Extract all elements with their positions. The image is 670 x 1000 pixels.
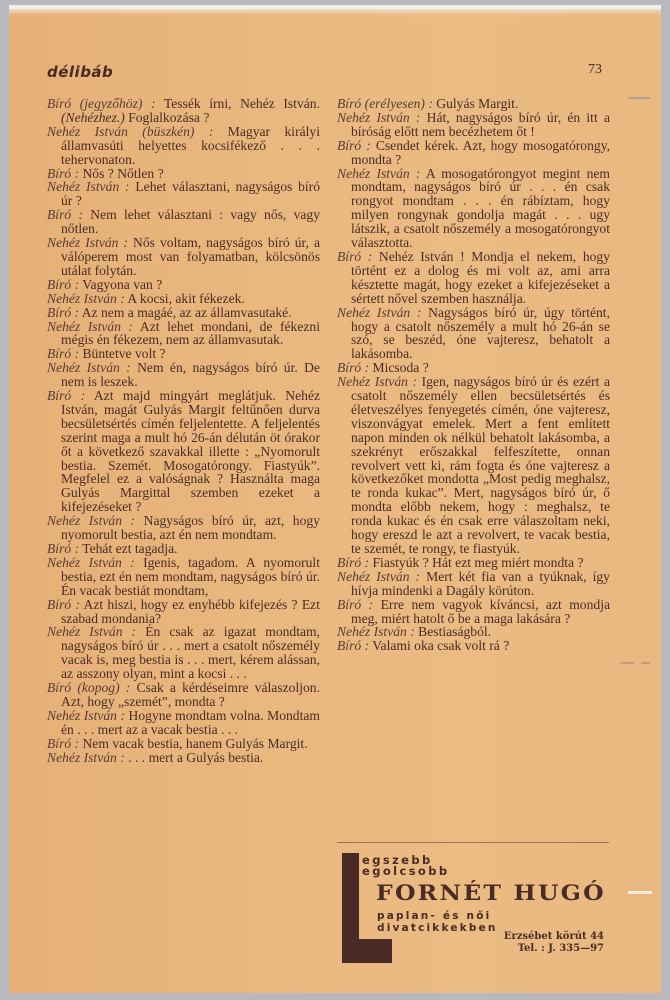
dialogue-turn: Bíró (erélyesen) : Gulyás Margit.: [337, 97, 610, 111]
advertisement: egszebb egolcsobb FORNÉT HUGÓ paplan- és…: [342, 853, 614, 963]
dialogue-turn: Nehéz István : A kocsi, akit fékezek.: [47, 292, 320, 306]
speaker-label: Bíró :: [47, 541, 79, 556]
dialogue-text: . . . mert a Gulyás bestia.: [125, 750, 264, 765]
dialogue-text: Vagyona van ?: [79, 277, 162, 292]
dialogue-turn: Bíró : Nehéz István ! Mondja el nekem, h…: [337, 250, 610, 306]
dialogue-text: A kocsi, akit fékezek.: [125, 291, 245, 306]
speaker-label: Nehéz István :: [47, 750, 125, 765]
dialogue-text: Valami oka csak volt rá ?: [369, 638, 509, 653]
speaker-label: Bíró :: [47, 388, 85, 403]
dialogue-turn: Bíró : Erre nem vagyok kíváncsi, azt mon…: [337, 598, 610, 626]
dialogue-text: Igen, nagyságos bíró úr és ezért a csato…: [351, 374, 610, 556]
speaker-label: Bíró :: [337, 597, 373, 612]
dialogue-turn: Nehéz István : Igenis, tagadom. A nyomor…: [47, 556, 320, 598]
dialogue-turn: Nehéz István : Nem én, nagyságos bíró úr…: [47, 361, 320, 389]
dialogue-text: Nem vacak bestia, hanem Gulyás Margit.: [79, 736, 308, 751]
dialogue-text: Azt majd mingyárt meglátjuk. Nehéz Istvá…: [61, 388, 320, 514]
speaker-label: Nehéz István :: [337, 624, 415, 639]
left-column: Bíró (jegyzőhöz) : Tessék írni, Nehéz Is…: [47, 97, 320, 765]
dialogue-turn: Nehéz István : Én csak az igazat mondtam…: [47, 625, 320, 681]
dialogue-text: Az nem a magáé, az az államvasutaké.: [79, 305, 291, 320]
page-number: 73: [588, 62, 602, 78]
dialogue-turn: Bíró : Az nem a magáé, az az államvasuta…: [47, 306, 320, 320]
speaker-label: Nehéz István :: [47, 555, 135, 570]
speaker-label: Bíró :: [47, 597, 80, 612]
speaker-label: Nehéz István :: [337, 166, 420, 181]
dialogue-text: Tessék írni, Nehéz István.: [156, 96, 320, 111]
dialogue-turn: Nehéz István : . . . mert a Gulyás besti…: [47, 751, 320, 765]
speaker-label: Bíró :: [47, 305, 79, 320]
speaker-label: Bíró :: [47, 277, 79, 292]
speaker-label: Bíró (kopog) :: [47, 680, 130, 695]
margin-mark: [641, 662, 650, 664]
speaker-label: Bíró (jegyzőhöz) :: [47, 96, 156, 111]
speaker-label: Nehéz István :: [47, 235, 128, 250]
speaker-label: Bíró :: [47, 346, 79, 361]
dialogue-turn: Bíró : Micsoda ?: [337, 361, 610, 375]
advertisement-divider: [337, 842, 609, 843]
speaker-label: Bíró :: [47, 207, 83, 222]
dialogue-turn: Bíró : Tehát ezt tagadja.: [47, 542, 320, 556]
dialogue-turn: Nehéz István : Nagyságos bíró úr, azt, h…: [47, 514, 320, 542]
ad-phone: Tel. : J. 335—97: [518, 943, 604, 954]
dialogue-turn: Nehéz István : Nagyságos bíró úr, úgy tö…: [337, 306, 610, 362]
margin-mark: [628, 97, 650, 99]
speaker-label: Nehéz István :: [337, 569, 420, 584]
dialogue-text: Fiastyúk ? Hát ezt meg miért mondta ?: [369, 555, 583, 570]
speaker-label: Nehéz István :: [47, 708, 125, 723]
speaker-label: Nehéz István :: [337, 374, 417, 389]
dialogue-turn: Nehéz István : Hogyne mondtam volna. Mon…: [47, 709, 320, 737]
dialogue-turn: Nehéz István : Mert két fia van a tyúkna…: [337, 570, 610, 598]
ad-company-name: FORNÉT HUGÓ: [376, 880, 606, 905]
ad-l-shape-horizontal: [342, 939, 392, 963]
dialogue-text: Bestiaságból.: [415, 624, 491, 639]
speaker-label: Bíró :: [337, 638, 369, 653]
dialogue-turn: Bíró : Azt majd mingyárt meglátjuk. Nehé…: [47, 389, 320, 514]
speaker-label: Nehéz István (büszkén) :: [47, 124, 213, 139]
speaker-label: Bíró (erélyesen) :: [337, 96, 433, 111]
dialogue-turn: Bíró : Fiastyúk ? Hát ezt meg miért mond…: [337, 556, 610, 570]
dialogue-turn: Bíró : Nem lehet választani : vagy nős, …: [47, 208, 320, 236]
dialogue-turn: Nehéz István : Nős voltam, nagyságos bír…: [47, 236, 320, 278]
margin-mark: [620, 662, 634, 664]
dialogue-turn: Bíró : Csendet kérek. Azt, hogy mosogató…: [337, 139, 610, 167]
speaker-label: Nehéz István :: [47, 360, 131, 375]
speaker-label: Bíró :: [47, 736, 79, 751]
speaker-label: Bíró :: [337, 555, 369, 570]
right-column: Bíró (erélyesen) : Gulyás Margit.Nehéz I…: [337, 97, 610, 653]
speaker-label: Nehéz István :: [47, 319, 133, 334]
dialogue-text: Csendet kérek. Azt, hogy mosogatórongy, …: [351, 138, 610, 167]
dialogue-turn: Bíró : Vagyona van ?: [47, 278, 320, 292]
publication-title: délibáb: [47, 63, 113, 81]
ad-address: Erzsébet körút 44: [504, 931, 604, 942]
speaker-label: Bíró :: [337, 138, 371, 153]
dialogue-text: Nős ? Nőtlen ?: [79, 166, 164, 181]
dialogue-text: Büntetve volt ?: [79, 346, 165, 361]
dialogue-turn: Bíró (jegyzőhöz) : Tessék írni, Nehéz Is…: [47, 97, 320, 125]
dialogue-text: Gulyás Margit.: [433, 96, 518, 111]
margin-mark: [628, 891, 652, 894]
dialogue-text: Erre nem vagyok kíváncsi, azt mondja meg…: [351, 597, 610, 626]
dialogue-turn: Bíró (kopog) : Csak a kérdéseimre válasz…: [47, 681, 320, 709]
dialogue-text: Foglalkozása ?: [125, 110, 210, 125]
dialogue-text: Micsoda ?: [369, 360, 429, 375]
speaker-label: Nehéz István :: [47, 624, 136, 639]
speaker-label: Nehéz István :: [47, 179, 130, 194]
dialogue-text: Azt hiszi, hogy ez enyhébb kifejezés ? E…: [61, 597, 320, 626]
dialogue-turn: Nehéz István : Igen, nagyságos bíró úr é…: [337, 375, 610, 556]
speaker-label: Nehéz István :: [337, 110, 420, 125]
dialogue-turn: Bíró : Valami oka csak volt rá ?: [337, 639, 610, 653]
dialogue-turn: Nehéz István : A mosogatórongyot megint …: [337, 167, 610, 250]
dialogue-turn: Nehéz István : Lehet választani, nagyság…: [47, 180, 320, 208]
dialogue-text: Tehát ezt tagadja.: [79, 541, 177, 556]
dialogue-turn: Bíró : Büntetve volt ?: [47, 347, 320, 361]
dialogue-turn: Bíró : Nem vacak bestia, hanem Gulyás Ma…: [47, 737, 320, 751]
dialogue-turn: Bíró : Nős ? Nőtlen ?: [47, 167, 320, 181]
stage-direction: (Nehézhez.): [61, 110, 125, 125]
dialogue-text: Nem lehet választani : vagy nős, vagy nő…: [61, 207, 320, 236]
dialogue-turn: Nehéz István : Hát, nagyságos bíró úr, é…: [337, 111, 610, 139]
speaker-label: Bíró :: [337, 249, 372, 264]
dialogue-turn: Nehéz István : Azt lehet mondani, de fék…: [47, 320, 320, 348]
speaker-label: Nehéz István :: [47, 513, 135, 528]
dialogue-turn: Bíró : Azt hiszi, hogy ez enyhébb kifeje…: [47, 598, 320, 626]
dialogue-turn: Nehéz István : Bestiaságból.: [337, 625, 610, 639]
dialogue-turn: Nehéz István (büszkén) : Magyar királyi …: [47, 125, 320, 167]
speaker-label: Bíró :: [47, 166, 79, 181]
dialogue-text: Nehéz István ! Mondja el nekem, hogy tör…: [351, 249, 610, 306]
speaker-label: Bíró :: [337, 360, 369, 375]
speaker-label: Nehéz István :: [337, 305, 421, 320]
ad-slogan-line-2: egolcsobb: [362, 866, 450, 877]
speaker-label: Nehéz István :: [47, 291, 125, 306]
